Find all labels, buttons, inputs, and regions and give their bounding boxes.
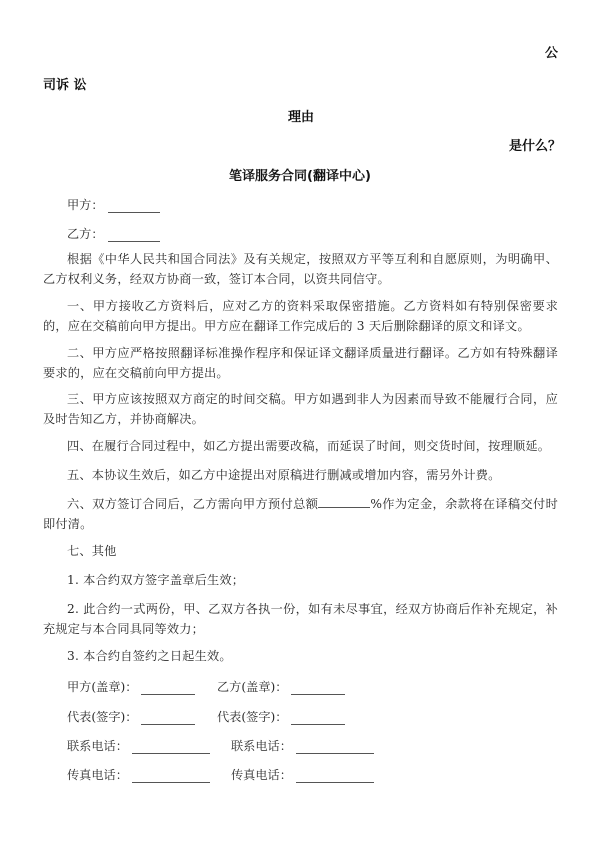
party-a-seal-label: 甲方(盖章)： [67,678,137,695]
sig-row-rep-right: 代表(签字)： [217,708,345,725]
party-b-seal-label: 乙方(盖章)： [217,678,287,695]
party-a-phone-blank[interactable] [132,741,210,754]
party-a-blank[interactable] [108,200,160,213]
document-title: 笔译服务合同(翻译中心) [0,165,600,184]
party-b-rep-blank[interactable] [291,712,345,725]
clause-7-heading: 七、其他 [43,541,558,561]
sig-row-fax-right: 传真电话： [231,766,374,783]
party-a-phone-label: 联系电话： [67,737,128,754]
header-left-label: 司诉 讼 [43,74,87,93]
party-a-fax-label: 传真电话： [67,766,128,783]
clause-6-before: 六、双方签订合同后，乙方需向甲方预付总额 [67,497,318,511]
party-b-fax-label: 传真电话： [231,766,292,783]
party-b-phone-blank[interactable] [296,741,374,754]
sig-row-rep-left: 代表(签字)： [67,708,195,725]
header-center-label: 理由 [288,106,314,125]
clause-6: 六、双方签订合同后，乙方需向甲方预付总额%作为定金，余款将在译稿交付时即付清。 [43,494,558,534]
clause-1: 一、甲方接收乙方资料后，应对乙方的资料采取保密措施。乙方资料如有特别保密要求的，… [43,296,558,336]
party-b-seal-blank[interactable] [291,682,345,695]
sig-row-phone-left: 联系电话： [67,737,210,754]
party-a-label: 甲方： [67,196,104,213]
sig-row-seal-left: 甲方(盖章)： [67,678,195,695]
clause-5: 五、本协议生效后，如乙方中途提出对原稿进行删减或增加内容，需另外计费。 [43,465,558,485]
party-a-seal-blank[interactable] [141,682,195,695]
clause-2: 二、甲方应严格按照翻译标准操作程序和保证译文翻译质量进行翻译。乙方如有特殊翻译要… [43,343,558,383]
sub-clause-3: 3. 本合约自签约之日起生效。 [43,646,558,666]
party-b-field: 乙方： [67,225,160,242]
party-b-phone-label: 联系电话： [231,737,292,754]
party-b-fax-blank[interactable] [296,770,374,783]
party-a-rep-label: 代表(签字)： [67,708,137,725]
party-b-rep-label: 代表(签字)： [217,708,287,725]
party-a-fax-blank[interactable] [132,770,210,783]
preamble-paragraph: 根据《中华人民共和国合同法》及有关规定，按照双方平等互利和自愿原则，为明确甲、乙… [43,249,558,289]
party-b-label: 乙方： [67,225,104,242]
sub-clause-1: 1. 本合约双方签字盖章后生效； [43,570,558,590]
deposit-percent-blank[interactable] [318,495,370,508]
sig-row-phone-right: 联系电话： [231,737,374,754]
sub-clause-2: 2. 此合约一式两份，甲、乙双方各执一份，如有未尽事宜，经双方协商后作补充规定，… [43,599,558,639]
party-b-blank[interactable] [108,229,160,242]
sig-row-fax-left: 传真电话： [67,766,210,783]
clause-4: 四、在履行合同过程中，如乙方提出需要改稿，而延误了时间，则交货时间，按理顺延。 [43,436,558,456]
sig-row-seal-right: 乙方(盖章)： [217,678,345,695]
party-a-field: 甲方： [67,196,160,213]
clause-3: 三、甲方应该按照双方商定的时间交稿。甲方如遇到非人为因素而导致不能履行合同，应及… [43,389,558,429]
party-a-rep-blank[interactable] [141,712,195,725]
header-top-right-char: 公 [545,42,558,61]
header-right-label: 是什么？ [509,135,561,154]
